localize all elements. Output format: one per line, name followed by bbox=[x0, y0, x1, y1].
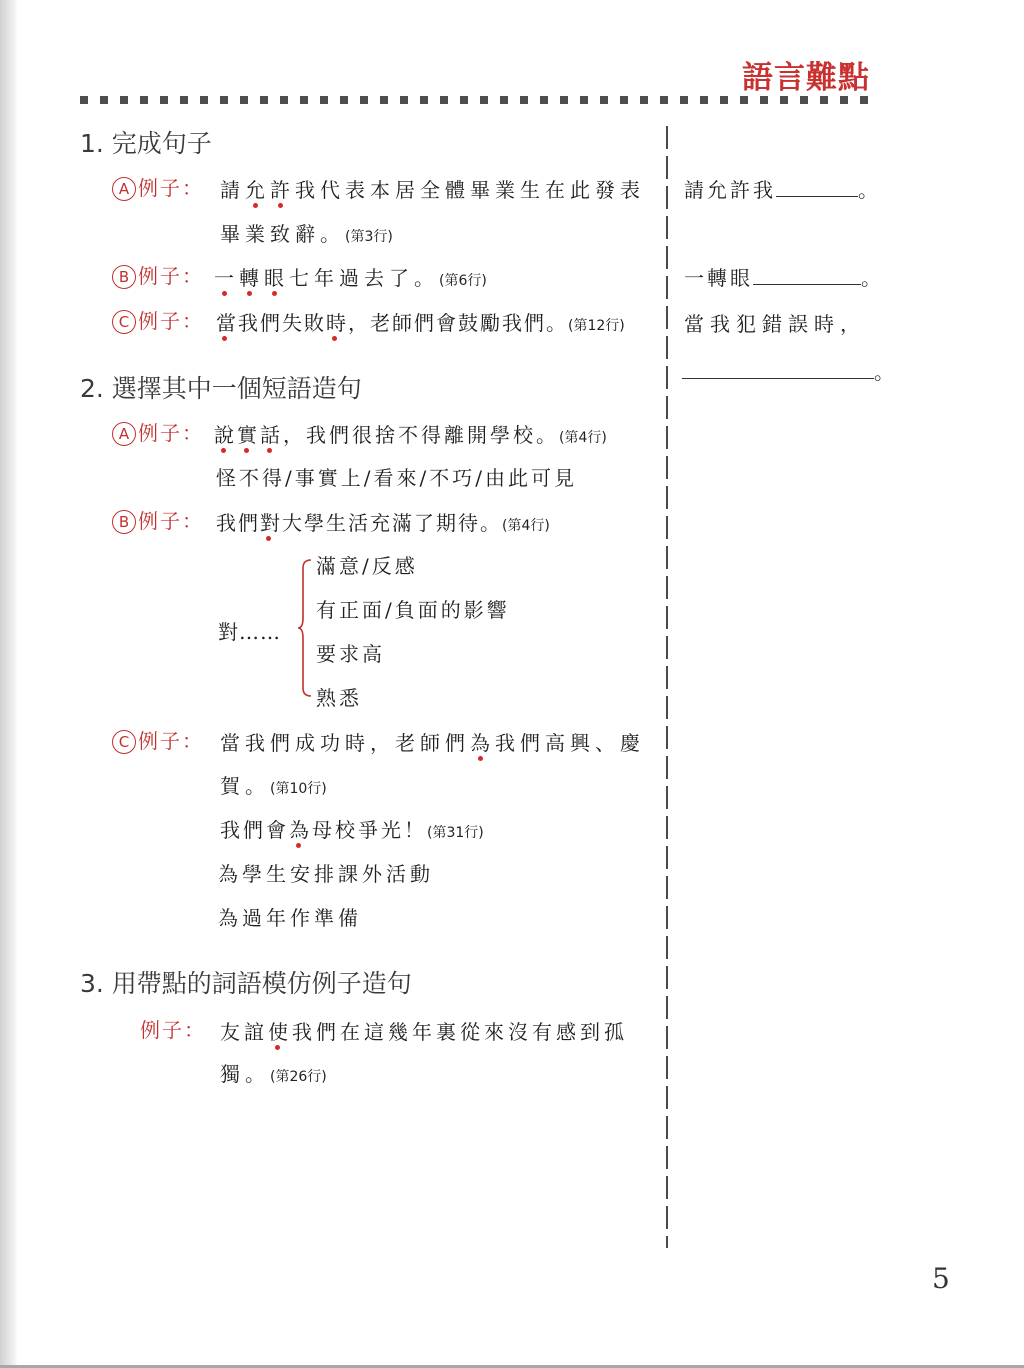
dotted-char: 話 bbox=[260, 423, 283, 447]
dotted-char: 眼 bbox=[264, 266, 289, 290]
prompt-1c-blank-line: 。 bbox=[682, 356, 899, 385]
line-reference: (第10行) bbox=[270, 781, 327, 797]
dotted-char: 時 bbox=[326, 311, 348, 335]
page-number: 5 bbox=[932, 1262, 950, 1295]
answer-blank[interactable] bbox=[682, 362, 874, 379]
circled-marker-b: B bbox=[112, 510, 136, 534]
dotted-char: 許 bbox=[270, 178, 295, 202]
example-label-a: A例子： bbox=[112, 172, 204, 201]
dotted-char: 為 bbox=[470, 731, 495, 755]
section-tag: 語言難點 bbox=[742, 52, 870, 97]
brace-branch: 熟悉 bbox=[316, 682, 362, 711]
exercise-1-heading: 1. 完成句子 bbox=[80, 124, 212, 160]
phrase-example: 為過年作準備 bbox=[218, 902, 362, 931]
curly-brace-icon bbox=[298, 558, 312, 698]
phrase-options: 怪不得/事實上/看來/不巧/由此可見 bbox=[216, 462, 577, 491]
example-1a-line1: 請允許我代表本居全體畢業生在此發表 bbox=[220, 174, 645, 203]
example-label-a: A例子： bbox=[112, 417, 204, 446]
example-1a-line2: 畢業致辭。(第3行) bbox=[220, 218, 393, 247]
brace-stem: 對…… bbox=[218, 616, 281, 645]
dashed-divider bbox=[80, 96, 880, 104]
line-reference: (第4行) bbox=[502, 518, 550, 534]
example-2a-line1: 說實話，我們很捨不得離開學校。(第4行) bbox=[214, 419, 607, 448]
answer-blank[interactable] bbox=[753, 268, 861, 285]
circled-marker-b: B bbox=[112, 265, 136, 289]
page-edge-shadow bbox=[0, 0, 18, 1368]
circled-marker-a: A bbox=[112, 422, 136, 446]
dotted-char: 對 bbox=[260, 511, 282, 535]
circled-marker-c: C bbox=[112, 310, 136, 334]
line-reference: (第4行) bbox=[559, 430, 607, 446]
example-label-c: C例子： bbox=[112, 725, 204, 754]
brace-branch: 有正面/負面的影響 bbox=[316, 594, 510, 623]
example-label-b: B例子： bbox=[112, 260, 204, 289]
line-reference: (第3行) bbox=[345, 229, 393, 245]
circled-marker-c: C bbox=[112, 730, 136, 754]
dotted-char: 為 bbox=[289, 818, 312, 842]
dotted-char: 轉 bbox=[239, 266, 264, 290]
dotted-char: 實 bbox=[237, 423, 260, 447]
line-reference: (第12行) bbox=[568, 318, 625, 334]
exercise-2-heading: 2. 選擇其中一個短語造句 bbox=[80, 369, 362, 405]
example-2c-extra: 我們會為母校爭光！(第31行) bbox=[220, 814, 484, 843]
prompt-1c: 當我犯錯誤時， bbox=[684, 308, 866, 337]
example-label-b: B例子： bbox=[112, 505, 204, 534]
example-2c-line2: 賀。(第10行) bbox=[220, 770, 327, 799]
dotted-char: 一 bbox=[214, 266, 239, 290]
dotted-char: 當 bbox=[216, 311, 238, 335]
line-reference: (第26行) bbox=[270, 1069, 327, 1085]
exercise-3-heading: 3. 用帶點的詞語模仿例子造句 bbox=[80, 964, 412, 1000]
example-2c-line1: 當我們成功時，老師們為我們高興、慶 bbox=[220, 727, 645, 756]
dotted-char: 說 bbox=[214, 423, 237, 447]
example-2b-line1: 我們對大學生活充滿了期待。(第4行) bbox=[216, 507, 550, 536]
phrase-example: 為學生安排課外活動 bbox=[218, 858, 434, 887]
prompt-1a: 請允許我。 bbox=[684, 174, 881, 203]
line-reference: (第31行) bbox=[427, 825, 484, 841]
dotted-char: 使 bbox=[268, 1020, 292, 1044]
line-reference: (第6行) bbox=[439, 273, 487, 289]
example-1b-line1: 一轉眼七年過去了。(第6行) bbox=[214, 262, 487, 291]
dotted-char: 允 bbox=[245, 178, 270, 202]
example-1c-line1: 當我們失敗時，老師們會鼓勵我們。(第12行) bbox=[216, 307, 625, 336]
circled-marker-a: A bbox=[112, 177, 136, 201]
brace-branch: 滿意/反感 bbox=[316, 550, 418, 579]
example-label-c: C例子： bbox=[112, 305, 204, 334]
example-3-line2: 獨。(第26行) bbox=[220, 1058, 327, 1087]
example-3-line1: 友誼使我們在這幾年裏從來沒有感到孤 bbox=[220, 1016, 628, 1045]
brace-branch: 要求高 bbox=[316, 638, 385, 667]
prompt-1b: 一轉眼。 bbox=[684, 262, 884, 291]
column-divider bbox=[666, 126, 668, 1248]
example-label: 例子： bbox=[140, 1014, 206, 1043]
answer-blank[interactable] bbox=[776, 180, 858, 197]
